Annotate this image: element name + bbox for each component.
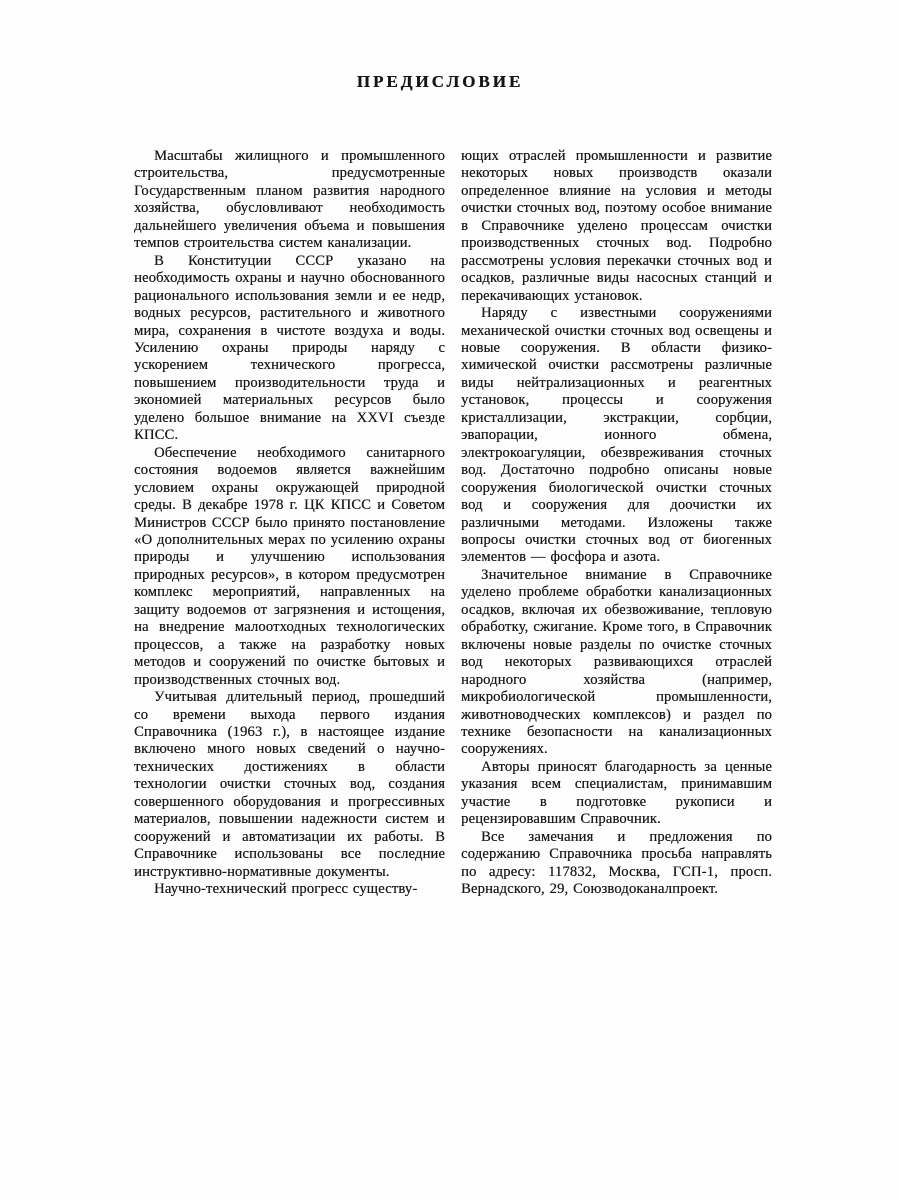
paragraph: Авторы приносят благодарность за ценные … (461, 759, 772, 829)
paragraph: В Конституции СССР указано на необходимо… (134, 253, 445, 445)
paragraph: Наряду с известными сооружениями механич… (461, 305, 772, 567)
right-column: ющих отраслей промышленности и развитие … (461, 148, 772, 898)
left-column: Масштабы жилищного и промышленного строи… (134, 148, 445, 898)
paragraph: Все замечания и предложения по содержани… (461, 829, 772, 899)
paragraph: ющих отраслей промышленности и развитие … (461, 148, 772, 305)
paragraph: Обеспечение необходимого санитарного сос… (134, 445, 445, 689)
scanned-book-page: ПРЕДИСЛОВИЕ Масштабы жилищного и промышл… (0, 0, 900, 1200)
paragraph: Масштабы жилищного и промышленного строи… (134, 148, 445, 253)
two-column-text-block: Масштабы жилищного и промышленного строи… (134, 148, 772, 898)
paragraph: Учитывая длительный период, прошедший со… (134, 689, 445, 881)
page-title: ПРЕДИСЛОВИЕ (120, 0, 760, 92)
paragraph: Научно-технический прогресс существу- (134, 881, 445, 898)
paragraph: Значительное внимание в Справочнике удел… (461, 567, 772, 759)
